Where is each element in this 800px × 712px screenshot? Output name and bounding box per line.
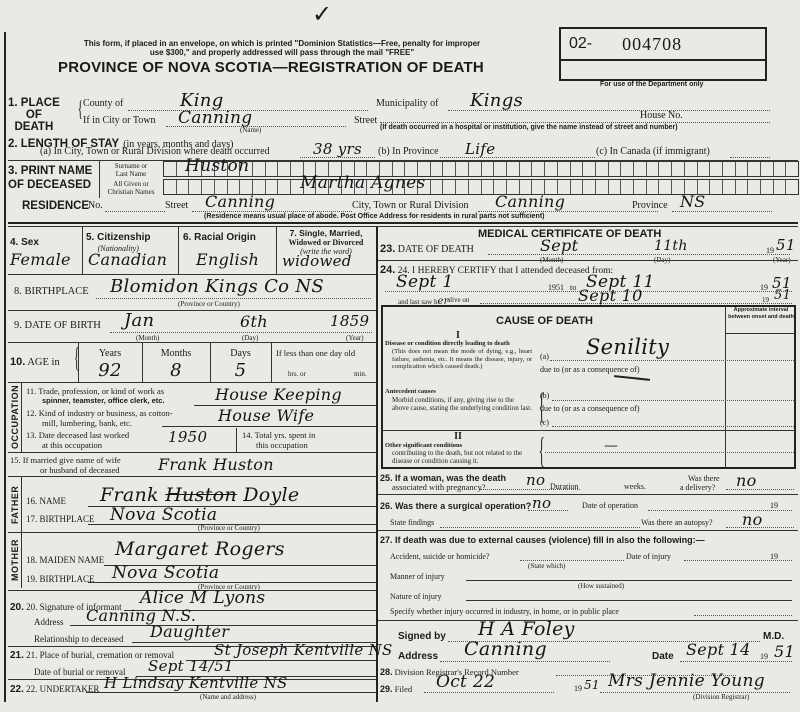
attended-from: Sept 1 — [396, 272, 453, 292]
dob-month: Jan — [124, 310, 154, 331]
spouse-value: Frank Huston — [158, 455, 274, 474]
interval-header: Approximate interval between onset and d… — [727, 307, 795, 320]
surname-label: Surname or Last Name — [102, 162, 160, 178]
stay-city-value: 38 yrs — [313, 140, 362, 158]
signed-by-label: Signed by — [398, 631, 446, 642]
place-of-death-label: 1. PLACE OF DEATH — [8, 97, 60, 133]
other-conditions-title: Other significant conditions — [385, 442, 462, 449]
signature-date: Sept 14 — [686, 640, 751, 659]
dob-label: 9. DATE OF BIRTH — [14, 320, 101, 331]
mother-birthplace-value: Nova Scotia — [112, 563, 219, 583]
maiden-name-label: 18. MAIDEN NAME — [26, 555, 104, 565]
father-side-label: FATHER — [10, 480, 20, 530]
dob-day: 6th — [240, 312, 268, 331]
death-year: 51 — [776, 236, 796, 254]
undertaker-label: 22. 22. UNDERTAKER — [10, 684, 99, 695]
physician-address-label: Address — [398, 651, 438, 662]
other-conditions-value: — — [604, 438, 618, 454]
registration-prefix: 02- — [569, 35, 592, 53]
registration-number: 004708 — [622, 34, 682, 55]
signature-year: 51 — [774, 642, 795, 661]
registration-box: 02- 004708 — [559, 27, 767, 81]
residence-street-value: Canning — [205, 192, 275, 211]
last-seen-alive: Sept 10 — [578, 286, 643, 305]
maiden-name-value: Margaret Rogers — [115, 538, 285, 560]
department-note: For use of the Department only — [600, 81, 703, 88]
mother-birthplace-label: 19. BIRTHPLACE — [26, 574, 94, 584]
given-names-value: Martha Agnes — [300, 173, 425, 193]
q12-label: 12. Kind of industry or business, as cot… — [26, 408, 173, 428]
physician-signature: H A Foley — [478, 618, 575, 640]
residence-province-value: NS — [680, 192, 706, 211]
antecedent-title: Antecedent causes — [385, 388, 436, 395]
occupation-value: House Keeping — [215, 385, 342, 404]
surname-value: Huston — [185, 156, 249, 176]
physician-address: Canning — [464, 638, 547, 660]
age-days-value: 5 — [210, 360, 271, 381]
date-of-death-label: 23. DATE OF DEATH — [380, 243, 474, 255]
municipality-value: Kings — [470, 90, 523, 111]
division-registrar-signature: Mrs Jennie Young — [608, 671, 765, 691]
last-worked-value: 1950 — [168, 428, 207, 446]
mother-side-label: MOTHER — [10, 534, 20, 586]
injury-location-label: Specify whether injury occurred in indus… — [390, 607, 619, 616]
city-value: Canning — [178, 108, 252, 128]
mail-notice: This form, if placed in an envelope, on … — [72, 39, 492, 57]
filed-label: 29. Filed — [380, 684, 412, 694]
age-label: 10. AGE in — [10, 356, 60, 368]
hospital-note: (If death occurred in a hospital or inst… — [380, 124, 678, 131]
residence-city-value: Canning — [495, 192, 565, 211]
racial-origin-value: English — [196, 250, 259, 269]
q11-label: 11. Trade, profession, or kind of work a… — [26, 386, 165, 406]
age-years-value: 92 — [78, 360, 142, 381]
pregnancy-value: no — [526, 471, 545, 489]
municipality-label: Municipality of — [376, 98, 439, 109]
residence-label: RESIDENCE — [22, 200, 89, 212]
father-birthplace-value: Nova Scotia — [110, 505, 217, 525]
q26-label: 26. Was there a surgical operation? — [380, 501, 531, 511]
center-divider — [376, 226, 378, 702]
q14-label: 14. Total yrs. spent in this occupation — [242, 430, 315, 450]
stay-province-label: (b) In Province — [378, 146, 439, 157]
filed-date: Oct 22 — [436, 672, 495, 692]
street-label: Street — [354, 115, 377, 126]
citizenship-value: Canadian — [88, 250, 167, 269]
birthplace-label: 8. BIRTHPLACE — [14, 286, 89, 297]
page-title: PROVINCE OF NOVA SCOTIA—REGISTRATION OF … — [58, 59, 484, 76]
cause-of-death-title: CAUSE OF DEATH — [496, 315, 593, 327]
city-label: If in City or Town — [83, 115, 155, 126]
left-border — [4, 32, 6, 702]
father-birthplace-label: 17. BIRTHPLACE — [26, 514, 94, 524]
age-months-value: 8 — [142, 360, 210, 381]
checkmark: ✓ — [312, 0, 332, 29]
relationship-value: Daughter — [150, 622, 229, 641]
filed-year: 51 — [584, 678, 600, 692]
county-label: County of — [83, 98, 123, 109]
q15-label: 15. If married give name of wife or husb… — [10, 455, 121, 475]
informant-signature: Alice M Lyons — [140, 588, 265, 608]
undertaker-value: H Lindsay Kentville NS — [104, 674, 288, 692]
stay-canada-label: (c) In Canada (if immigrant) — [596, 146, 710, 157]
burial-date-value: Sept 14/51 — [148, 657, 234, 675]
house-no-label: House No. — [640, 110, 683, 121]
cause-a-value: Senility — [586, 335, 669, 359]
residence-note: (Residence means usual place of abode. P… — [204, 213, 545, 220]
delivery-value: no — [736, 471, 757, 490]
direct-cause-title: Disease or condition directly leading to… — [385, 340, 510, 347]
print-name-label: 3. PRINT NAME OF DECEASED — [8, 164, 92, 192]
stay-province-value: Life — [465, 140, 495, 158]
marital-status-value: widowed — [282, 252, 352, 270]
father-name-label: 16. NAME — [26, 496, 66, 506]
surname-boxes — [163, 161, 799, 177]
q13-label: 13. Date deceased last worked at this oc… — [26, 430, 129, 450]
sex-value: Female — [10, 250, 71, 269]
burial-place-value: St Joseph Kentville NS — [214, 641, 393, 659]
last-seen-year: 51 — [774, 288, 791, 303]
industry-value: House Wife — [218, 406, 314, 425]
father-name-value: Frank Huston Doyle — [100, 484, 299, 506]
racial-origin-label: 6. Racial Origin — [183, 232, 256, 243]
birthplace-value: Blomidon Kings Co NS — [110, 276, 324, 297]
occupation-side-label: OCCUPATION — [10, 384, 20, 450]
q27-label: 27. If death was due to external causes … — [380, 535, 705, 545]
autopsy-value: no — [742, 510, 763, 529]
death-day: 11th — [654, 238, 688, 254]
given-names-label: All Given or Christian Names — [100, 180, 162, 196]
surgery-value: no — [532, 494, 551, 512]
dob-year: 1859 — [330, 312, 369, 330]
death-month: Sept — [540, 236, 578, 255]
